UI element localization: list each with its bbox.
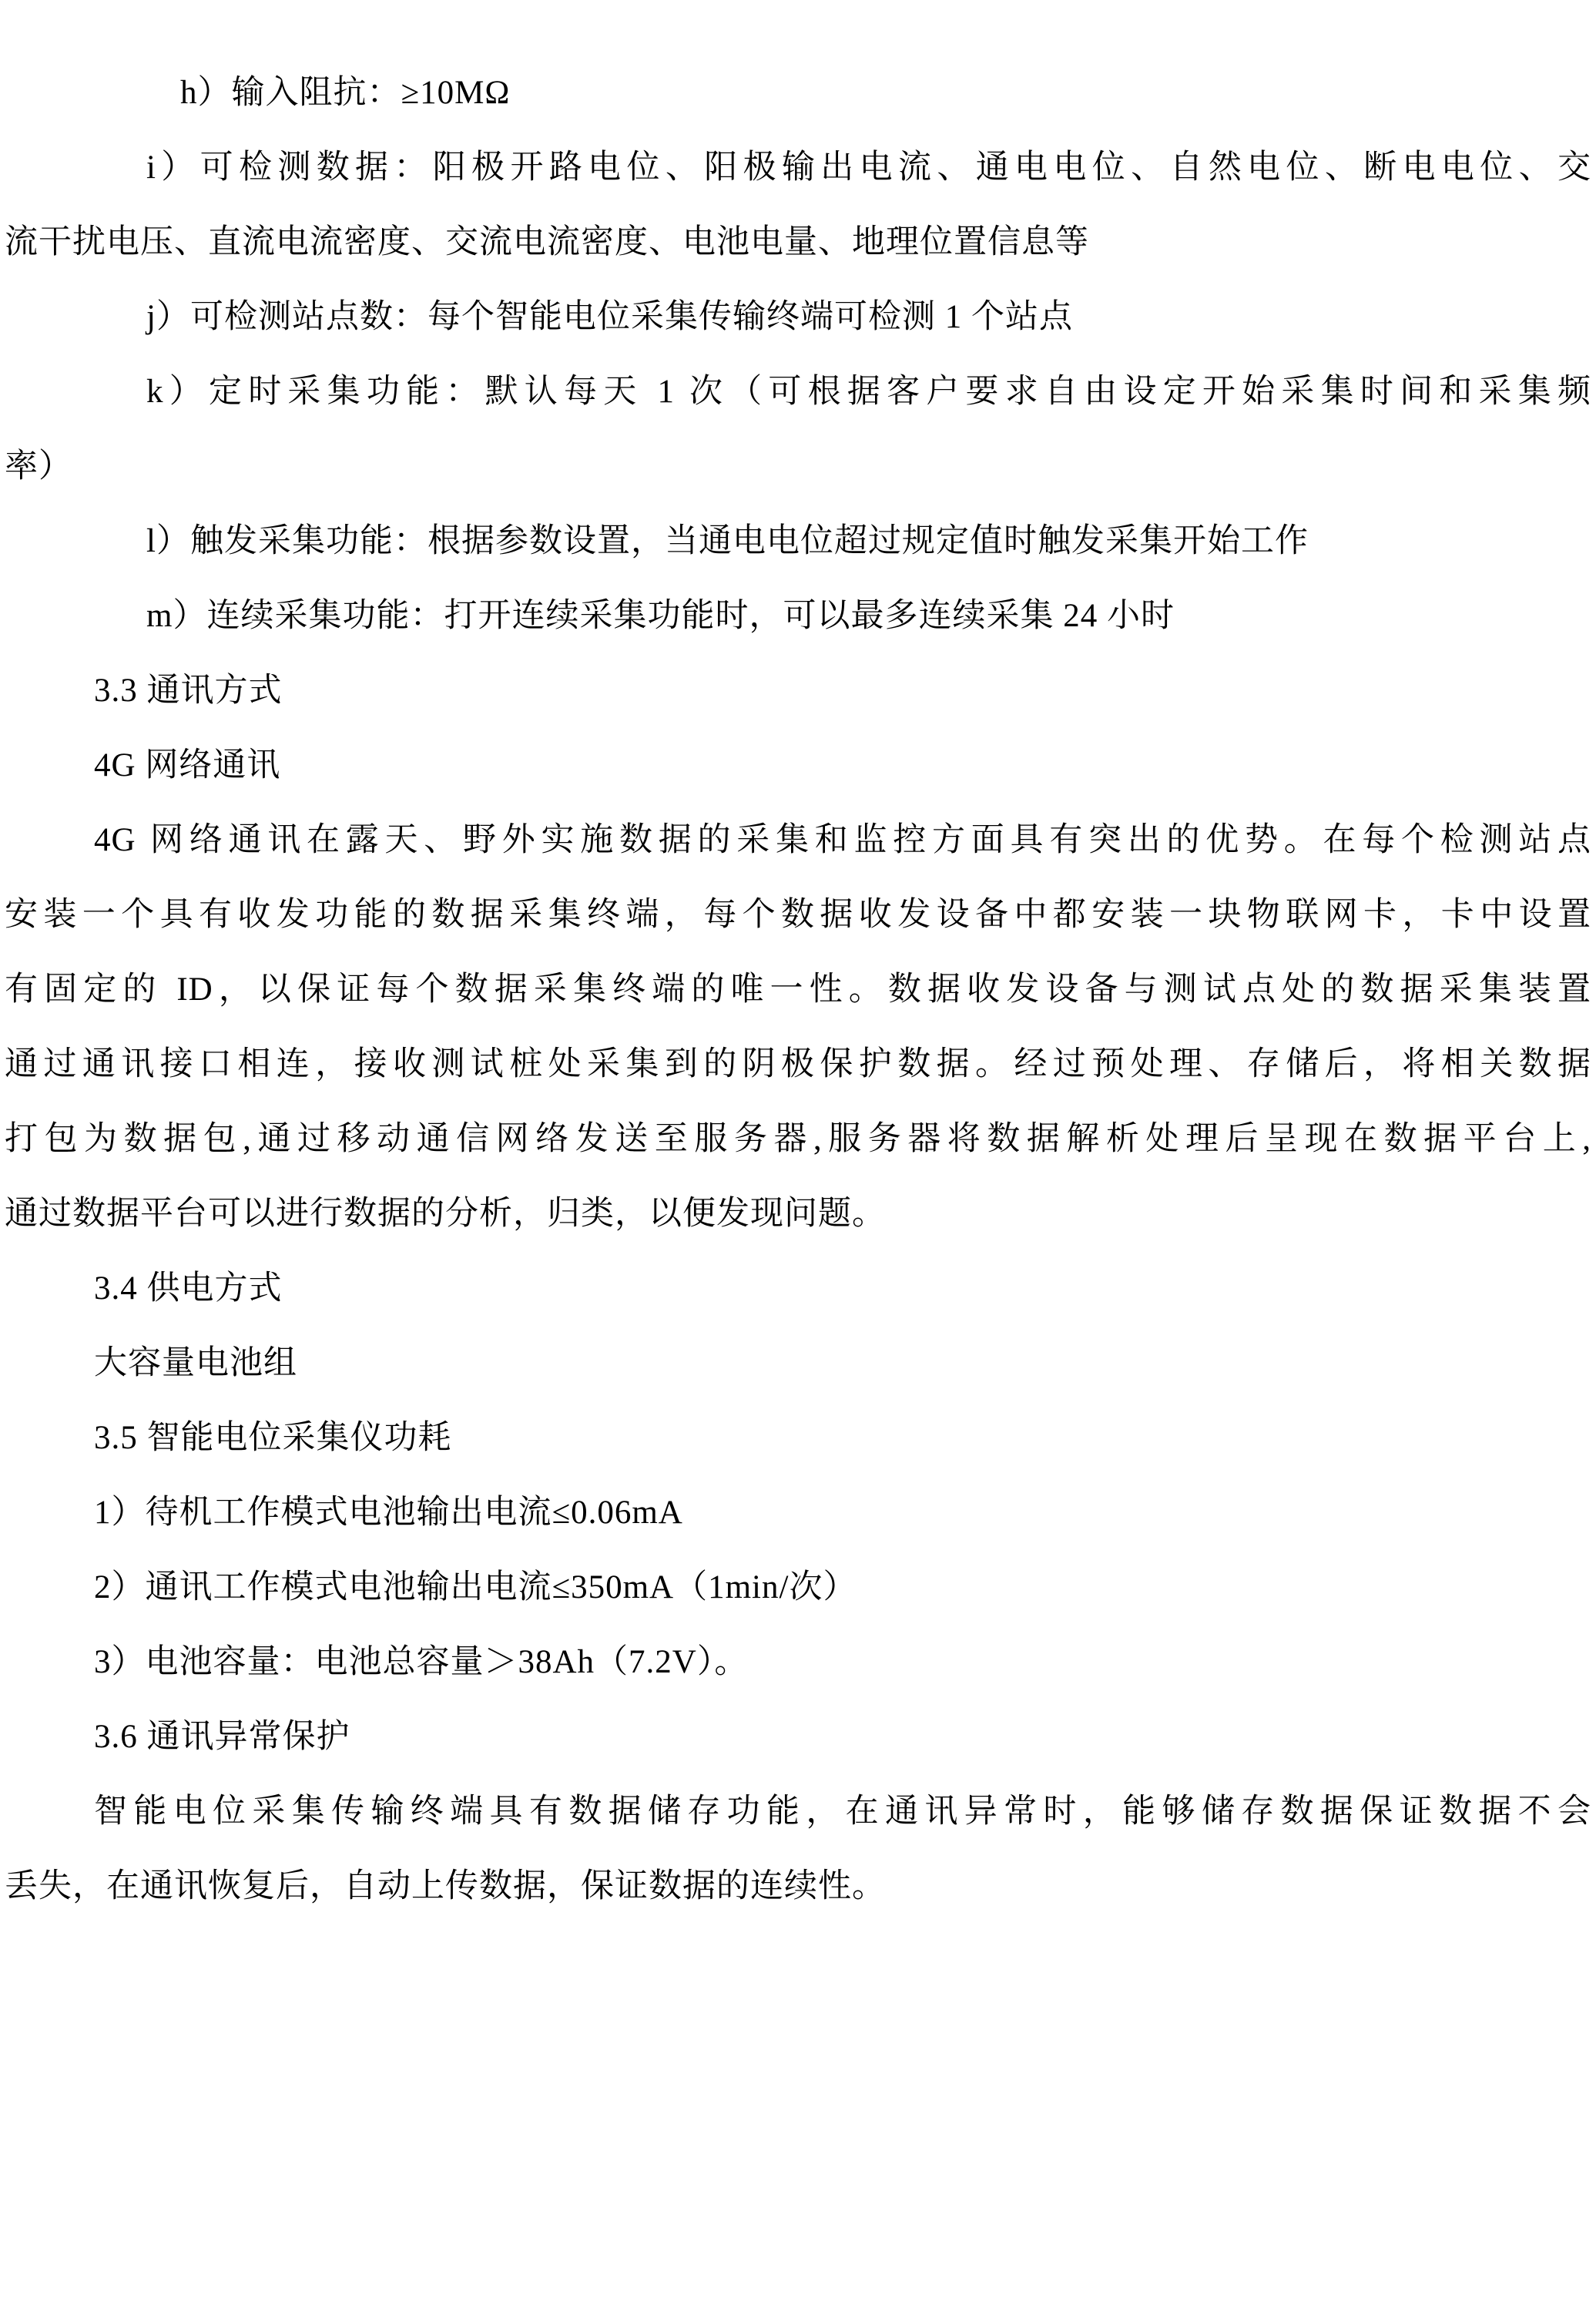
text-line-para2-2: 丢失，在通讯恢复后，自动上传数据，保证数据的连续性。 bbox=[5, 1849, 1591, 1924]
text-line-item-k-cont: 率） bbox=[5, 429, 1591, 504]
text-line-battery-pack: 大容量电池组 bbox=[5, 1326, 1591, 1401]
section-heading-3-6: 3.6 通讯异常保护 bbox=[5, 1699, 1591, 1774]
text-line-item-l: l）触发采集功能：根据参数设置，当通电电位超过规定值时触发采集开始工作 bbox=[5, 504, 1591, 579]
text-line-para2-1: 智能电位采集传输终端具有数据储存功能，在通讯异常时，能够储存数据保证数据不会 bbox=[5, 1774, 1591, 1849]
text-line-item-2: 2）通讯工作模式电池输出电流≤350mA（1min/次） bbox=[5, 1550, 1591, 1625]
text-line-para1-6: 通过数据平台可以进行数据的分析，归类，以便发现问题。 bbox=[5, 1176, 1591, 1251]
text-line-item-h: h）输入阻抗：≥10MΩ bbox=[5, 55, 1591, 130]
text-line-item-1: 1）待机工作模式电池输出电流≤0.06mA bbox=[5, 1475, 1591, 1550]
section-heading-3-3: 3.3 通讯方式 bbox=[5, 653, 1591, 728]
document-page: h）输入阻抗：≥10MΩ i）可检测数据：阳极开路电位、阳极输出电流、通电电位、… bbox=[0, 0, 1596, 2315]
text-line-item-m: m）连续采集功能：打开连续采集功能时，可以最多连续采集 24 小时 bbox=[5, 579, 1591, 653]
text-line-para1-5: 打包为数据包,通过移动通信网络发送至服务器,服务器将数据解析处理后呈现在数据平台… bbox=[5, 1102, 1591, 1176]
text-line-para1-1: 4G 网络通讯在露天、野外实施数据的采集和监控方面具有突出的优势。在每个检测站点 bbox=[5, 803, 1591, 877]
text-line-item-j: j）可检测站点数：每个智能电位采集传输终端可检测 1 个站点 bbox=[5, 280, 1591, 354]
text-line-item-k: k）定时采集功能：默认每天 1 次（可根据客户要求自由设定开始采集时间和采集频 bbox=[5, 354, 1591, 429]
text-line-4g-subtitle: 4G 网络通讯 bbox=[5, 728, 1591, 803]
text-line-item-i-cont: 流干扰电压、直流电流密度、交流电流密度、电池电量、地理位置信息等 bbox=[5, 205, 1591, 280]
text-line-para1-3: 有固定的 ID，以保证每个数据采集终端的唯一性。数据收发设备与测试点处的数据采集… bbox=[5, 952, 1591, 1027]
text-line-item-i: i）可检测数据：阳极开路电位、阳极输出电流、通电电位、自然电位、断电电位、交 bbox=[5, 130, 1591, 205]
text-line-para1-2: 安装一个具有收发功能的数据采集终端，每个数据收发设备中都安装一块物联网卡，卡中设… bbox=[5, 877, 1591, 952]
text-line-para1-4: 通过通讯接口相连，接收测试桩处采集到的阴极保护数据。经过预处理、存储后，将相关数… bbox=[5, 1027, 1591, 1102]
section-heading-3-4: 3.4 供电方式 bbox=[5, 1251, 1591, 1326]
section-heading-3-5: 3.5 智能电位采集仪功耗 bbox=[5, 1401, 1591, 1475]
text-line-item-3: 3）电池容量：电池总容量＞38Ah（7.2V）。 bbox=[5, 1625, 1591, 1699]
